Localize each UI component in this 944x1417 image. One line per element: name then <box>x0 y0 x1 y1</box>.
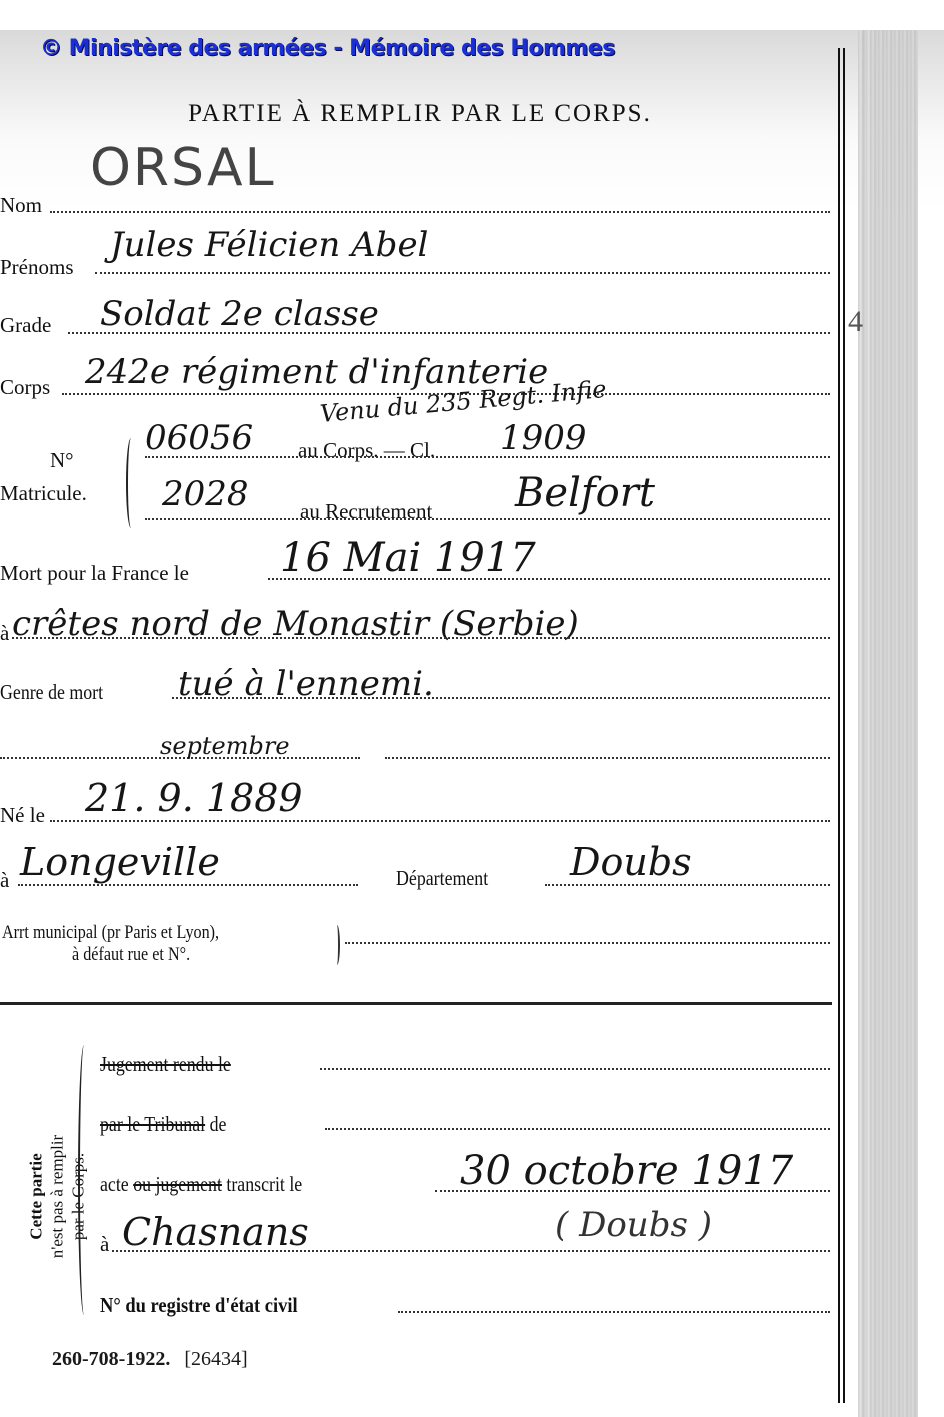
nom-value: ORSAL <box>90 138 276 198</box>
ne-le-label: Né le <box>0 803 45 828</box>
lieu-naissance-line <box>18 884 358 886</box>
transcription-lieu-label: à <box>100 1232 109 1257</box>
matricule-corps-number: 06056 <box>145 418 253 458</box>
ne-le-line <box>50 820 830 822</box>
transcription-dept: ( Doubs ) <box>555 1205 712 1245</box>
departement-value: Doubs <box>570 840 692 884</box>
recrutement-place: Belfort <box>515 470 655 516</box>
prenoms-value: Jules Félicien Abel <box>110 225 428 265</box>
corps-label: Corps <box>0 375 50 400</box>
classe-value: 1909 <box>500 418 587 458</box>
mort-date: 16 Mai 1917 <box>280 535 536 581</box>
nom-label: Nom <box>0 193 42 218</box>
lieu-mort-label: à <box>0 621 9 646</box>
jugement-line <box>320 1068 830 1070</box>
arrondissement-brace <box>334 925 340 965</box>
departement-line <box>545 884 830 886</box>
acte-label-a: acte <box>100 1172 129 1196</box>
acte-line <box>435 1190 830 1192</box>
tribunal-line <box>325 1128 830 1130</box>
lieu-mort-line <box>12 637 830 639</box>
nom-line <box>50 211 830 213</box>
lieu-naissance-label: à <box>0 868 9 893</box>
arrondissement-label: Arrt municipal (pr Paris et Lyon), <box>2 922 219 944</box>
mort-label: Mort pour la France le <box>0 561 189 586</box>
section-separator <box>0 1002 832 1005</box>
transcription-date: 30 octobre 1917 <box>460 1148 793 1194</box>
grade-value: Soldat 2e classe <box>100 294 379 334</box>
matricule-corps-line <box>145 456 830 458</box>
acte-label: acte ou jugement transcrit le <box>100 1172 302 1197</box>
registre-line <box>398 1311 830 1313</box>
form-code: 260-708-1922. <box>52 1348 170 1370</box>
matricule-label-no: N° <box>50 448 74 473</box>
tribunal-label: par le Tribunal de <box>100 1112 226 1137</box>
prenoms-line <box>95 272 830 274</box>
side-note-line: Cette partie <box>26 1092 47 1302</box>
matricule-recrutement-number: 2028 <box>162 474 249 514</box>
tribunal-label-de: de <box>210 1112 227 1136</box>
registre-label: N° du registre d'état civil <box>100 1293 298 1318</box>
lieu-naissance-value: Longeville <box>20 840 220 884</box>
side-note-line: n'est pas à remplir <box>47 1092 68 1302</box>
acte-label-struck: ou jugement <box>133 1172 222 1196</box>
ne-le-value: 21. 9. 1889 <box>85 776 303 820</box>
matricule-recrutement-line <box>145 518 830 520</box>
arrondissement-line <box>345 942 830 944</box>
transcription-lieu-line <box>112 1250 830 1252</box>
arrondissement-label-2: à défaut rue et N°. <box>72 944 190 966</box>
mort-line <box>268 578 830 580</box>
matricule-brace <box>126 438 136 528</box>
lower-brace <box>78 1045 90 1315</box>
grade-label: Grade <box>0 313 51 338</box>
au-corps-label: au Corps. — Cl. <box>298 438 435 463</box>
tribunal-label-struck: par le Tribunal <box>100 1112 205 1136</box>
page-edge-shadow <box>870 30 918 1417</box>
departement-label: Département <box>396 866 488 891</box>
grade-line <box>68 332 830 334</box>
form-footer: 260-708-1922.[26434] <box>52 1348 248 1371</box>
blank-line <box>385 757 830 759</box>
prenoms-label: Prénoms <box>0 255 74 280</box>
transcription-lieu-value: Chasnans <box>122 1210 309 1254</box>
genre-mort-line <box>172 697 830 699</box>
form-ref: [26434] <box>184 1348 247 1370</box>
matricule-label: Matricule. <box>0 481 87 506</box>
copyright-watermark: © Ministère des armées - Mémoire des Hom… <box>40 36 615 61</box>
margin-mark: 4 <box>848 305 863 339</box>
acte-label-b: transcrit le <box>226 1172 302 1196</box>
form-heading: PARTIE À REMPLIR PAR LE CORPS. <box>0 100 840 128</box>
margin-rule <box>843 48 845 1403</box>
naissance-month: septembre <box>160 732 290 760</box>
margin-rule <box>838 48 840 1403</box>
au-recrutement-label: au Recrutement <box>300 499 432 524</box>
jugement-label: Jugement rendu le <box>100 1052 231 1077</box>
genre-mort-label: Genre de mort <box>0 680 103 705</box>
